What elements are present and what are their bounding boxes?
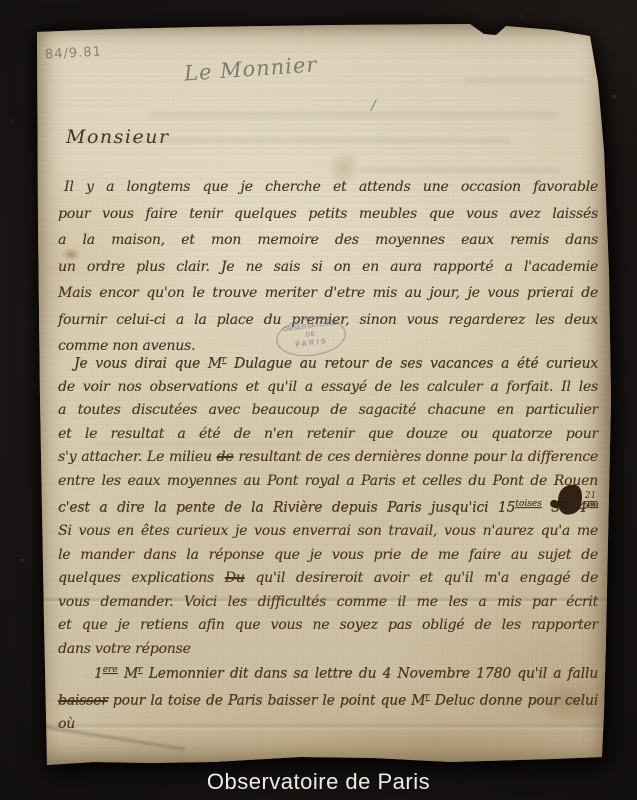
dust-specks [0, 0, 1, 1]
paper-edge-shadow [34, 22, 614, 770]
archive-photo: 84/9.81 Le Monnier ∕ Monsieur Il y a lon… [0, 0, 637, 800]
letter-page: 84/9.81 Le Monnier ∕ Monsieur Il y a lon… [34, 22, 614, 770]
photo-caption: Observatoire de Paris [0, 769, 637, 795]
